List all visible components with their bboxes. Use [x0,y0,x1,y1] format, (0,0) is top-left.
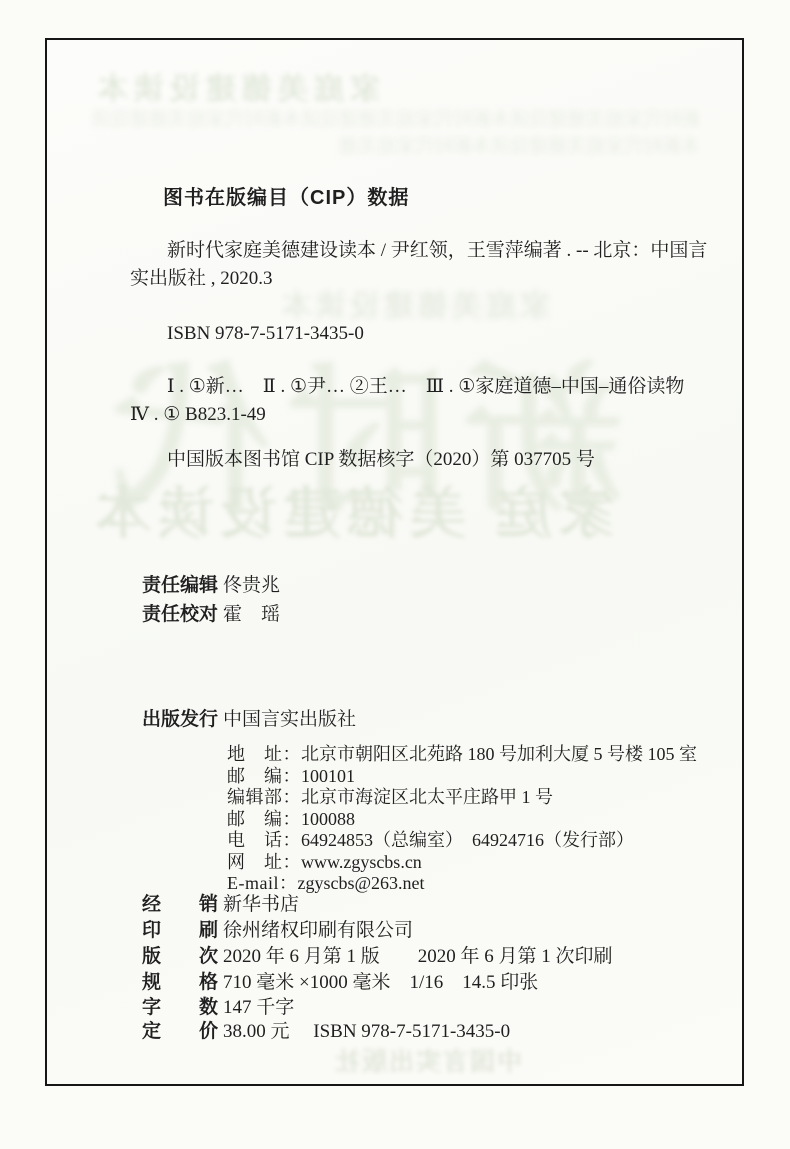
editorial-dept-label: 编辑部： [227,787,301,807]
proofreader-name: 霍 瑶 [223,599,280,626]
distributor-label: 经 销 [142,889,218,916]
wordcount-label: 字 数 [142,992,218,1019]
wordcount-value: 147 千字 [223,992,294,1019]
cip-record-line-2: 实出版社 , 2020.3 [130,265,273,293]
distributor-value: 新华书店 [223,889,299,916]
editor-label: 责任编辑 [142,570,218,597]
printer-value: 徐州绪权印刷有限公司 [223,915,413,942]
format-label: 规 格 [142,967,218,994]
address-value: 北京市朝阳区北苑路 180 号加利大厦 5 号楼 105 室 [301,744,697,764]
format-value: 710 毫米 ×1000 毫米 1/16 14.5 印张 [223,967,538,994]
address-label: 地 址： [227,744,301,764]
printer-label: 印 刷 [142,915,218,942]
edition-label: 版 次 [142,941,218,968]
publisher-name: 中国言实出版社 [223,704,356,731]
cip-heading: 图书在版编目（CIP）数据 [163,184,409,212]
proofreader-label: 责任校对 [142,599,218,626]
phone-value: 64924853（总编室） 64924716（发行部） [301,830,634,850]
book-copyright-page: 家庭美德建设读本 新时代家庭美德建设读本新时代家庭美德建设读本新时代家庭美德建设… [0,0,790,1149]
price-value: 38.00 元 ISBN 978-7-5171-3435-0 [223,1016,510,1043]
classification-line-1: Ⅰ . ①新… Ⅱ . ①尹… ②王… Ⅲ . ①家庭道德–中国–通俗读物 [167,373,684,401]
isbn-line: ISBN 978-7-5171-3435-0 [167,320,364,348]
classification-line-2: Ⅳ . ① B823.1-49 [130,401,266,429]
cip-record-line-1: 新时代家庭美德建设读本 / 尹红领，王雪萍编著 . -- 北京：中国言 [167,237,707,265]
email-value: zgyscbs@263.net [297,873,424,893]
cip-number-line: 中国版本图书馆 CIP 数据核字（2020）第 037705 号 [167,446,595,474]
editorial-dept-value: 北京市海淀区北太平庄路甲 1 号 [301,787,553,807]
editor-name: 佟贵兆 [223,570,280,597]
edition-value: 2020 年 6 月第 1 版 2020 年 6 月第 1 次印刷 [223,941,613,968]
phone-label: 电 话： [227,830,301,850]
publisher-label: 出版发行 [142,704,218,731]
price-label: 定 价 [142,1016,218,1043]
